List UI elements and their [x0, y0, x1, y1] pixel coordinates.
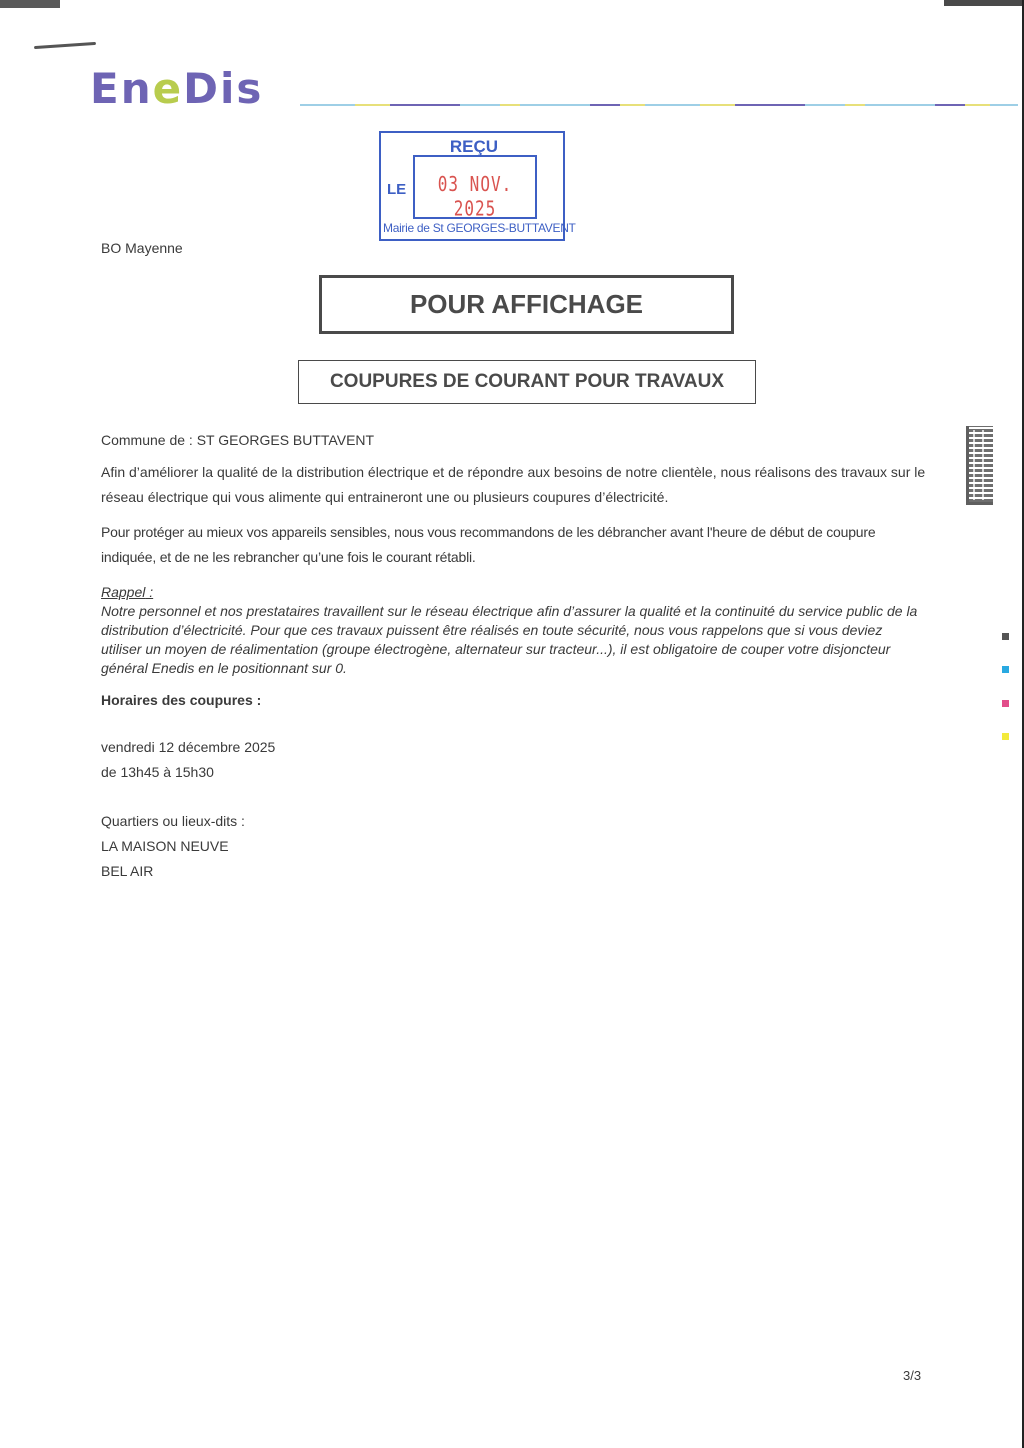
- sub-heading-box: COUPURES DE COURANT POUR TRAVAUX: [298, 360, 756, 404]
- enedis-logo: EneDis: [90, 68, 263, 110]
- received-stamp: REÇU LE 03 NOV. 2025 Mairie de St GEORGE…: [379, 131, 565, 241]
- rappel-label: Rappel: [101, 584, 145, 600]
- sender-label: BO Mayenne: [101, 240, 183, 256]
- datamatrix-pattern: [969, 430, 991, 500]
- stamp-le-label: LE: [387, 181, 406, 198]
- logo-part-1: En: [90, 64, 153, 113]
- stamp-date: 03 NOV. 2025: [415, 171, 535, 220]
- paragraph-recommendation: Pour protéger au mieux vos appareils sen…: [101, 520, 931, 570]
- outage-date: vendredi 12 décembre 2025: [101, 735, 275, 760]
- location-item: LA MAISON NEUVE: [101, 834, 229, 859]
- page-number: 3/3: [903, 1368, 921, 1383]
- print-mark-black: [1002, 633, 1009, 640]
- print-mark-magenta: [1002, 700, 1009, 707]
- rappel-colon: :: [145, 584, 153, 600]
- schedule-heading: Horaires des coupures :: [101, 688, 261, 713]
- staple-mark: [34, 42, 96, 49]
- stamp-date-box: 03 NOV. 2025: [413, 155, 537, 219]
- locations-heading: Quartiers ou lieux-dits :: [101, 809, 245, 834]
- scan-artifact-top-right: [944, 0, 1024, 6]
- logo-accent: e: [153, 64, 184, 113]
- commune-line: Commune de : ST GEORGES BUTTAVENT: [101, 428, 374, 453]
- print-mark-yellow: [1002, 733, 1009, 740]
- sub-heading: COUPURES DE COURANT POUR TRAVAUX: [330, 371, 724, 393]
- paragraph-intro: Afin d’améliorer la qualité de la distri…: [101, 460, 931, 510]
- rappel-body: Notre personnel et nos prestataires trav…: [101, 602, 921, 678]
- main-heading: POUR AFFICHAGE: [410, 289, 643, 320]
- stamp-title: REÇU: [381, 137, 567, 157]
- print-mark-cyan: [1002, 666, 1009, 673]
- scan-artifact-top-left: [0, 0, 60, 8]
- logo-divider-line: [300, 104, 1018, 106]
- stamp-footer: Mairie de St GEORGES-BUTTAVENT: [383, 221, 565, 235]
- main-heading-box: POUR AFFICHAGE: [319, 275, 734, 334]
- location-item: BEL AIR: [101, 859, 153, 884]
- logo-part-3: Dis: [183, 64, 263, 113]
- rappel-heading: Rappel :: [101, 583, 153, 602]
- outage-time: de 13h45 à 15h30: [101, 760, 214, 785]
